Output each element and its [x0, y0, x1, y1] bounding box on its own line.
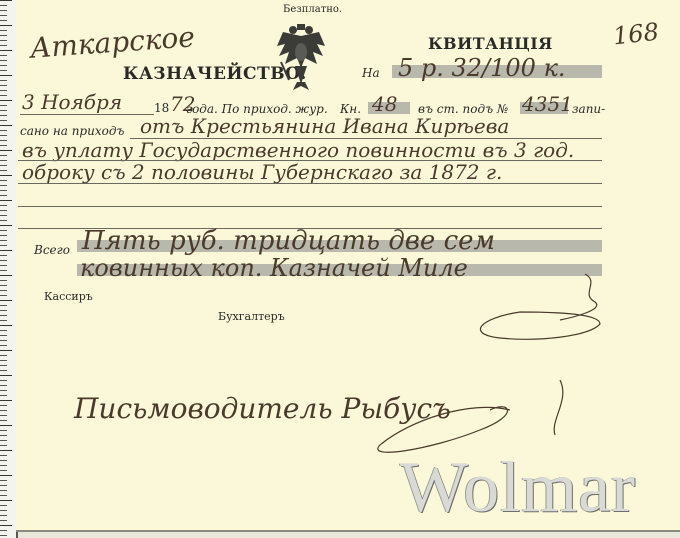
receipt-title: КВИТАНЦІЯ [428, 34, 553, 53]
free-label: Безплатно. [283, 4, 342, 15]
date-handwritten: 3 Ноября [22, 90, 122, 114]
amount-prefix: На [362, 66, 380, 80]
recorded-label: запи- [572, 102, 605, 116]
year-prefix: 18 [154, 101, 169, 115]
amount-handwritten: 5 р. 32/100 к. [398, 54, 566, 82]
flourish-icon [460, 262, 610, 342]
watermark: Wolmar [400, 446, 636, 529]
date-underline [20, 114, 154, 115]
page-number-handwritten: 168 [612, 18, 660, 51]
total-handwritten-1: Пять руб. тридцать две сем [82, 226, 495, 256]
total-label: Всего [34, 243, 70, 257]
number-handwritten: 4351 [522, 92, 573, 116]
cashier-label: Кассиръ [44, 290, 93, 303]
content-line-3 [18, 183, 602, 184]
imperial-eagle-icon [275, 22, 327, 92]
content-line-4 [18, 206, 602, 207]
purpose-handwritten-1: въ уплату Государственного повинности въ… [22, 138, 574, 162]
recorded-to-label: сано на приходъ [20, 124, 124, 138]
payer-handwritten: отъ Крестьянина Ивана Кирѣева [140, 114, 509, 138]
book-handwritten: 48 [372, 92, 397, 116]
total-handwritten-2: ковинных коп. Казначей Миле [80, 254, 468, 282]
accountant-label: Бухгалтеръ [218, 310, 285, 323]
purpose-handwritten-2: оброку съ 2 половины Губернскаго за 1872… [22, 160, 502, 184]
